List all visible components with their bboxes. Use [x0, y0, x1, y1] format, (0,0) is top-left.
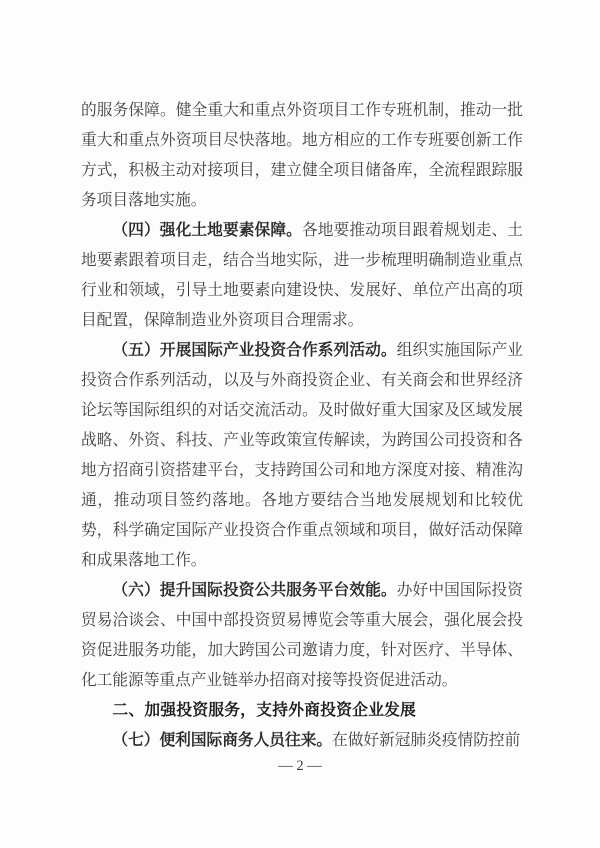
paragraph-lead: （六）提升国际投资公共服务平台效能。 [112, 582, 396, 599]
section-heading: 二、加强投资服务，支持外商投资企业发展 [81, 696, 523, 726]
paragraph-continuation: 的服务保障。健全重大和重点外资项目工作专班机制，推动一批重大和重点外资项目尽快落… [81, 96, 523, 216]
page-number: — 2 — [0, 757, 600, 775]
paragraph-text: 组织实施国际产业投资合作系列活动，以及与外商投资企业、有关商会和世界经济论坛等国… [81, 342, 523, 569]
paragraph-item-5: （五）开展国际产业投资合作系列活动。组织实施国际产业投资合作系列活动，以及与外商… [81, 336, 523, 576]
document-page: 的服务保障。健全重大和重点外资项目工作专班机制，推动一批重大和重点外资项目尽快落… [0, 0, 600, 848]
paragraph-item-4: （四）强化土地要素保障。各地要推动项目跟着规划走、土地要素跟着项目走，结合当地实… [81, 216, 523, 336]
paragraph-text: 在做好新冠肺炎疫情防控前 [332, 732, 520, 749]
paragraph-item-6: （六）提升国际投资公共服务平台效能。办好中国国际投资贸易洽谈会、中国中部投资贸易… [81, 576, 523, 696]
paragraph-lead: （四）强化土地要素保障。 [112, 222, 302, 239]
paragraph-lead: （七）便利国际商务人员往来。 [112, 732, 332, 749]
paragraph-lead: （五）开展国际产业投资合作系列活动。 [112, 342, 396, 359]
paragraph-text: 的服务保障。健全重大和重点外资项目工作专班机制，推动一批重大和重点外资项目尽快落… [81, 102, 523, 209]
document-body: 的服务保障。健全重大和重点外资项目工作专班机制，推动一批重大和重点外资项目尽快落… [81, 96, 523, 756]
paragraph-item-7: （七）便利国际商务人员往来。在做好新冠肺炎疫情防控前 [81, 726, 523, 756]
